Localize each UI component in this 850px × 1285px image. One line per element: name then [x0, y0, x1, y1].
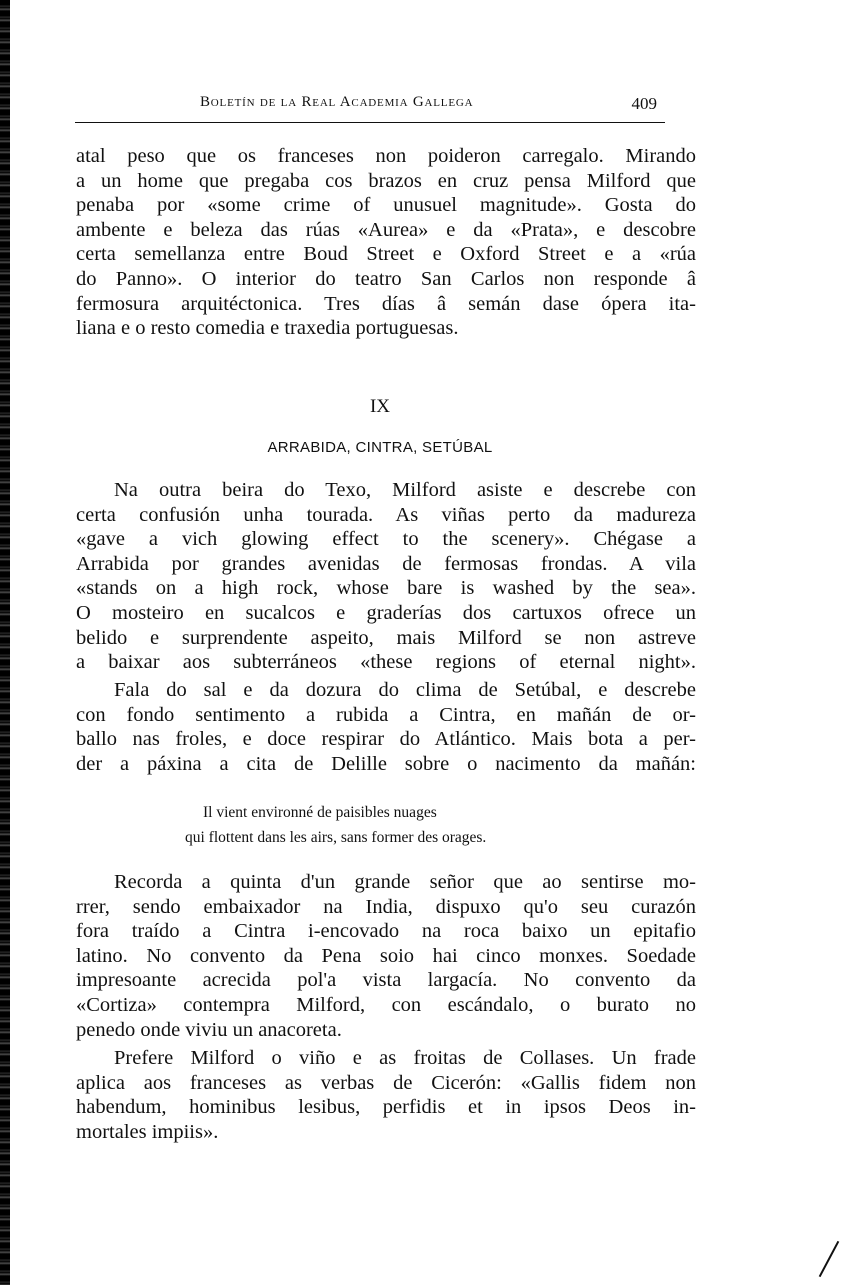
text-line: ballo nas froles, e doce respirar do Atl… [76, 727, 696, 752]
paragraph-5: Prefere Milford o viño e as froitas de C… [76, 1046, 696, 1144]
text-line: liana e o resto comedia e traxedia portu… [76, 316, 696, 341]
verse-line: Il vient environné de paisibles nuages [185, 800, 486, 825]
text-line: do Panno». O interior do teatro San Carl… [76, 267, 696, 292]
pencil-mark [819, 1241, 840, 1277]
journal-title: Boletín de la Real Academia Gallega [200, 94, 473, 111]
text-line: atal peso que os franceses non poideron … [76, 144, 696, 169]
text-line: Prefere Milford o viño e as froitas de C… [76, 1046, 696, 1071]
running-header: Boletín de la Real Academia Gallega 409 [75, 94, 665, 123]
verse-line: qui flottent dans les airs, sans former … [185, 825, 486, 850]
text-line: fermosura arquitéctonica. Tres días â se… [76, 292, 696, 317]
paragraph-2: Na outra beira do Texo, Milford asiste e… [76, 478, 696, 675]
text-line: mortales impiis». [76, 1120, 696, 1145]
text-line: penedo onde viviu un anacoreta. [76, 1018, 696, 1043]
chapter-number: IX [0, 396, 760, 418]
text-line: Na outra beira do Texo, Milford asiste e… [76, 478, 696, 503]
text-line: Fala do sal e da dozura do clima de Setú… [76, 678, 696, 703]
text-line: certa confusión unha tourada. As viñas p… [76, 503, 696, 528]
chapter-title: ARRABIDA, CINTRA, SETÚBAL [0, 439, 760, 456]
page-number: 409 [632, 94, 658, 114]
text-line: belido e surprendente aspeito, mais Milf… [76, 626, 696, 651]
text-line: penaba por «some crime of unusuel magnit… [76, 193, 696, 218]
text-line: Arrabida por grandes avenidas de fermosa… [76, 552, 696, 577]
text-line: con fondo sentimento a rubida a Cintra, … [76, 703, 696, 728]
text-line: certa semellanza entre Boud Street e Oxf… [76, 242, 696, 267]
text-line: «Cortiza» contempra Milford, con escánda… [76, 993, 696, 1018]
text-line: latino. No convento da Pena soio hai cin… [76, 944, 696, 969]
text-line: der a páxina a cita de Delille sobre o n… [76, 752, 696, 777]
paragraph-4: Recorda a quinta d'un grande señor que a… [76, 870, 696, 1042]
text-line: Recorda a quinta d'un grande señor que a… [76, 870, 696, 895]
scan-border [0, 0, 10, 1285]
verse-quote: Il vient environné de paisibles nuages q… [185, 800, 486, 850]
text-line: fora traído a Cintra i-encovado na roca … [76, 919, 696, 944]
paragraph-1: atal peso que os franceses non poideron … [76, 144, 696, 341]
text-line: O mosteiro en sucalcos e graderías dos c… [76, 601, 696, 626]
text-line: a baixar aos subterráneos «these regions… [76, 650, 696, 675]
text-line: rrer, sendo embaixador na India, dispuxo… [76, 895, 696, 920]
text-line: ambente e beleza das rúas «Aurea» e da «… [76, 218, 696, 243]
text-line: aplica aos franceses as verbas de Ciceró… [76, 1071, 696, 1096]
text-line: a un home que pregaba cos brazos en cruz… [76, 169, 696, 194]
paragraph-3: Fala do sal e da dozura do clima de Setú… [76, 678, 696, 776]
text-line: «gave a vich glowing effect to the scene… [76, 527, 696, 552]
text-line: habendum, hominibus lesibus, perfidis et… [76, 1095, 696, 1120]
text-line: impresoante acrecida pol'a vista largací… [76, 968, 696, 993]
text-line: «stands on a high rock, whose bare is wa… [76, 576, 696, 601]
